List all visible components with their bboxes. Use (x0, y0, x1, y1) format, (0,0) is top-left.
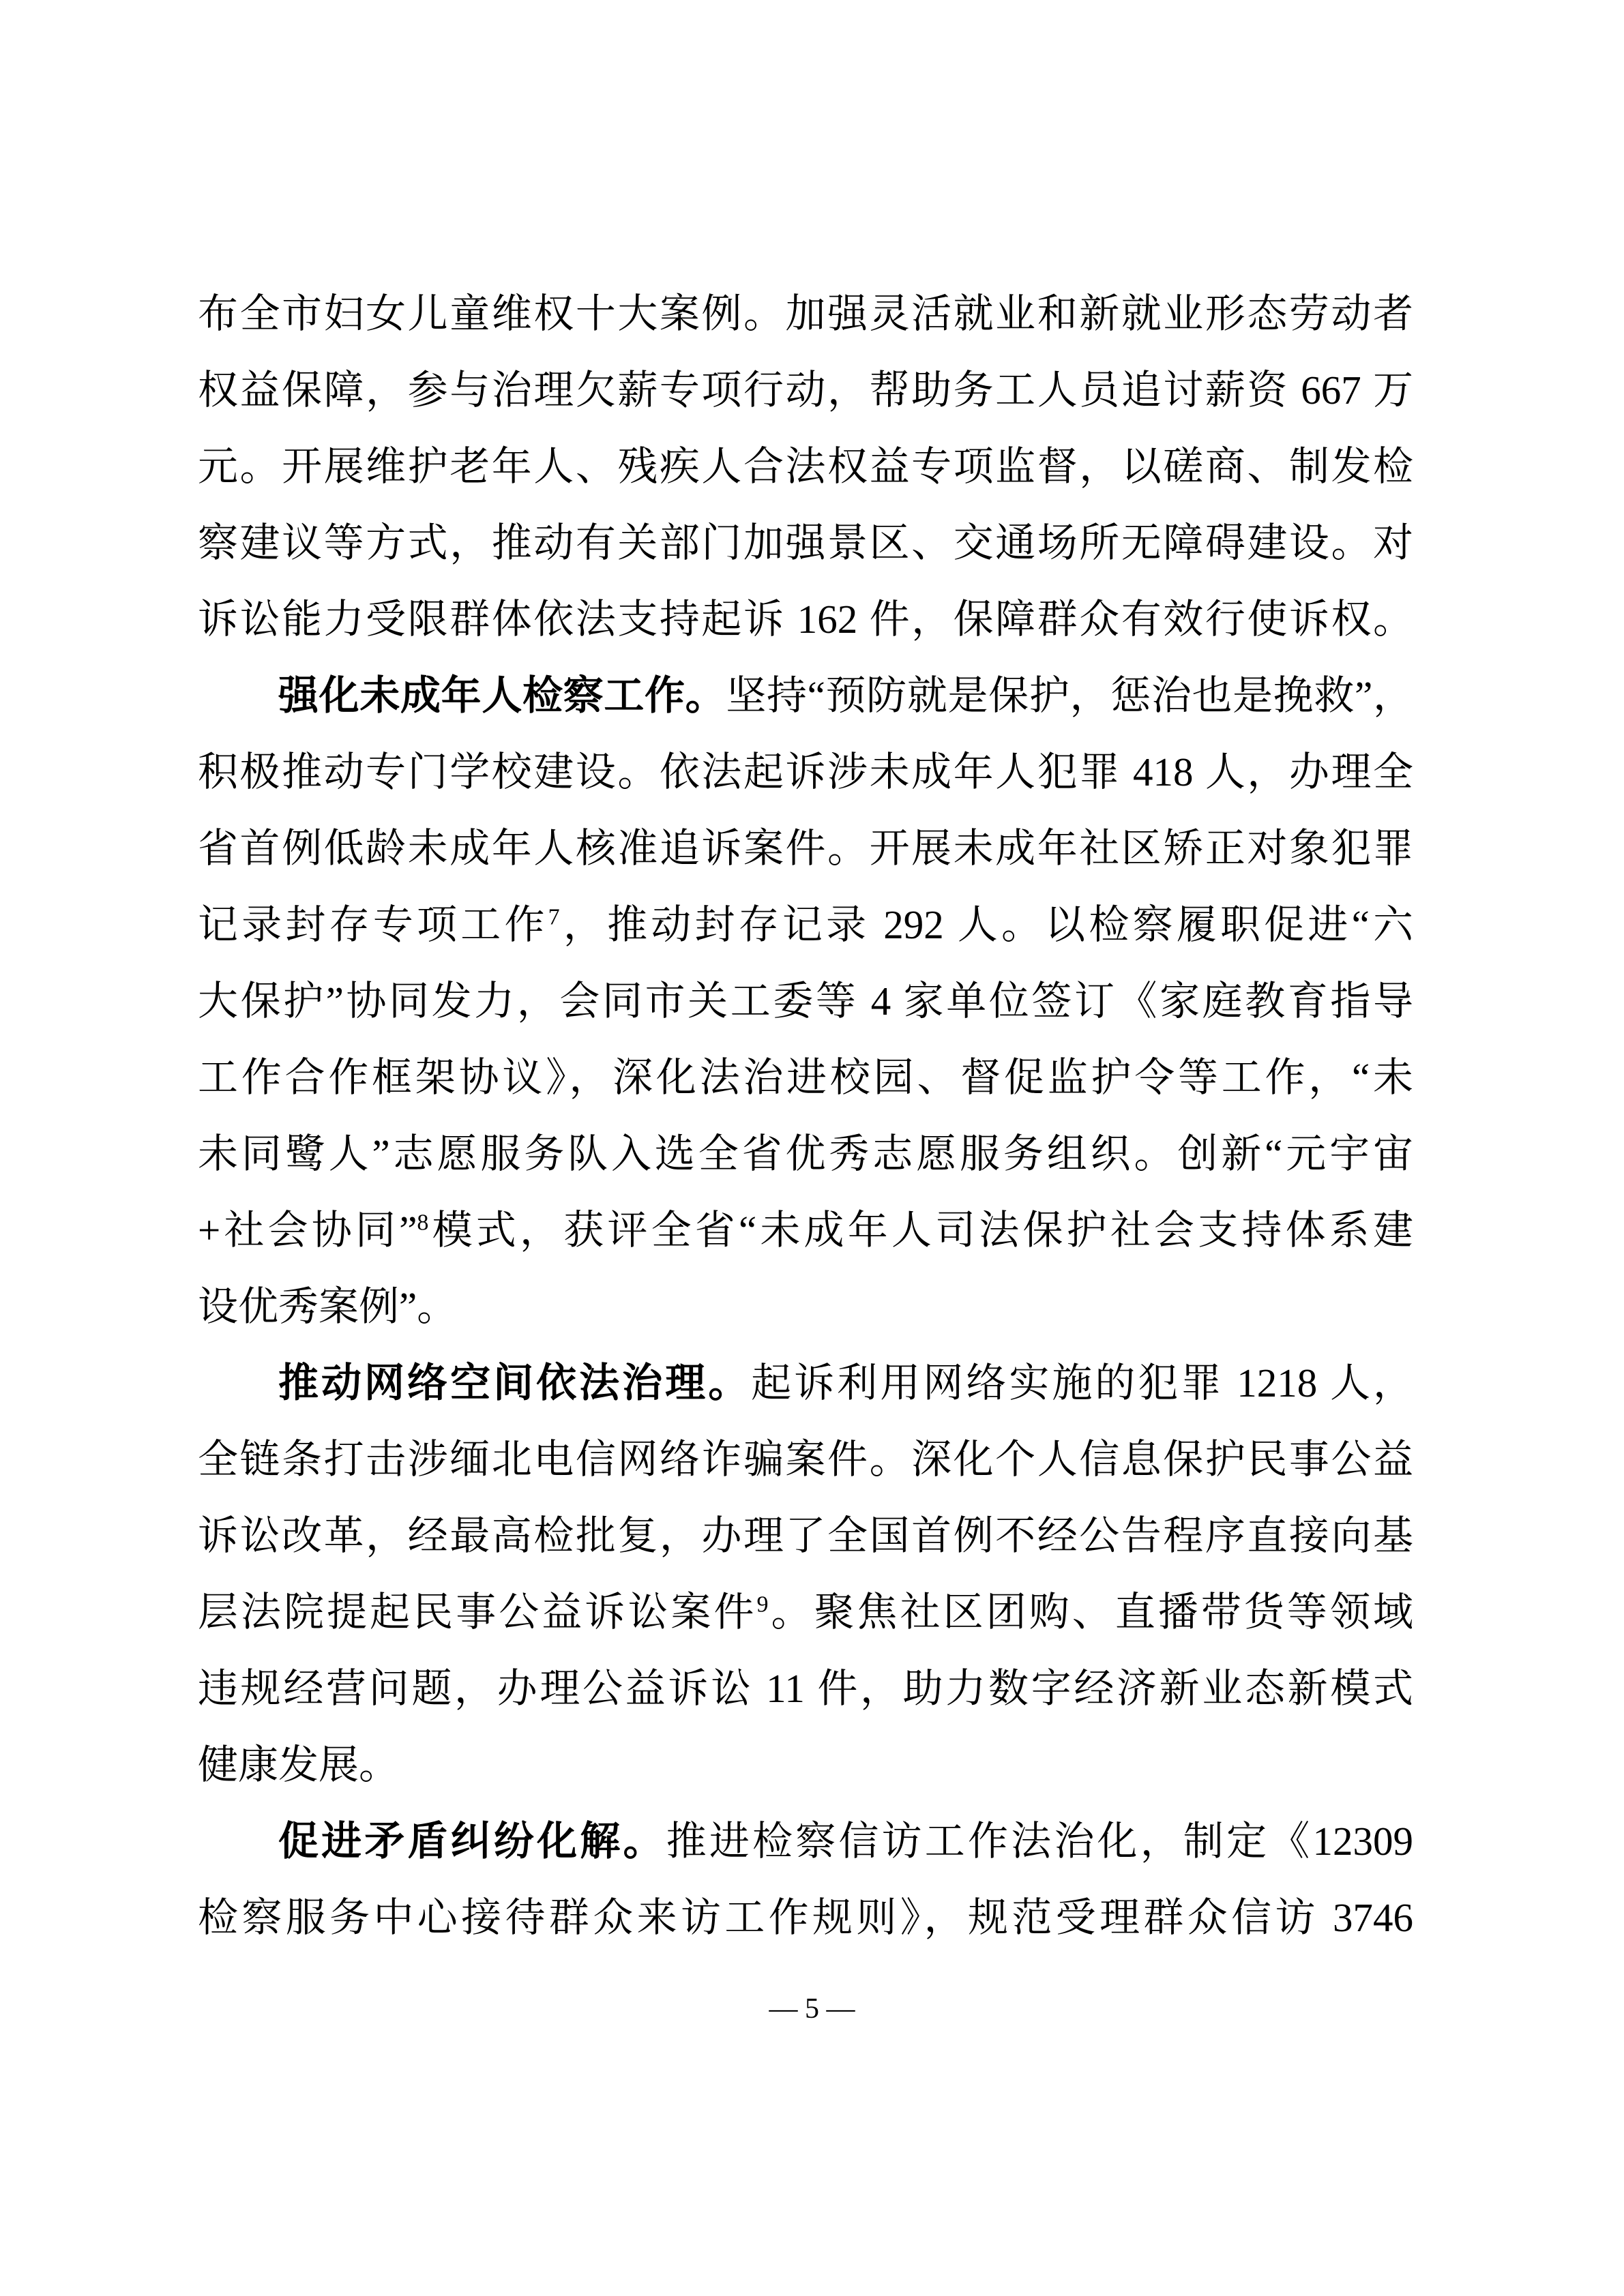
document-body: 布全市妇女儿童维权十大案例。加强灵活就业和新就业形态劳动者权益保障，参与治理欠薪… (198, 275, 1413, 1956)
text-line: 未同鹭人”志愿服务队入选全省优秀志愿服务组织。创新“元宇宙 (198, 1116, 1413, 1192)
text-run: 起诉利用网络实施的犯罪 1218 人， (751, 1360, 1413, 1405)
text-run: 设优秀案例”。 (198, 1284, 457, 1329)
text-line: 违规经营问题，办理公益诉讼 11 件，助力数字经济新业态新模式 (198, 1650, 1413, 1727)
text-run: 记录封存专项工作 (198, 902, 548, 947)
bold-heading-run: 强化未成年人检察工作。 (278, 673, 726, 718)
footnote-reference: 7 (548, 904, 560, 929)
text-run: 省首例低龄未成年人核准追诉案件。开展未成年社区矫正对象犯罪 (198, 826, 1413, 871)
text-run: 诉讼能力受限群体依法支持起诉 162 件，保障群众有效行使诉权。 (198, 597, 1413, 642)
text-run: 工作合作框架协议》，深化法治进校园、督促监护令等工作，“未 (198, 1055, 1413, 1100)
text-run: +社会协同” (198, 1208, 417, 1253)
paragraph-2: 强化未成年人检察工作。坚持“预防就是保护，惩治也是挽救”，积极推动专门学校建设。… (198, 657, 1413, 1345)
text-run: 未同鹭人”志愿服务队入选全省优秀志愿服务组织。创新“元宇宙 (198, 1131, 1413, 1176)
text-line: 工作合作框架协议》，深化法治进校园、督促监护令等工作，“未 (198, 1039, 1413, 1116)
text-run: 健康发展。 (198, 1742, 399, 1787)
document-page: 布全市妇女儿童维权十大案例。加强灵活就业和新就业形态劳动者权益保障，参与治理欠薪… (0, 0, 1624, 2296)
text-run: ，推动封存记录 292 人。以检察履职促进“六 (560, 902, 1413, 947)
text-run: 层法院提起民事公益诉讼案件 (198, 1590, 756, 1635)
text-line: 诉讼能力受限群体依法支持起诉 162 件，保障群众有效行使诉权。 (198, 581, 1413, 657)
text-run: 权益保障，参与治理欠薪专项行动，帮助务工人员追讨薪资 667 万 (198, 368, 1413, 413)
text-run: 积极推动专门学校建设。依法起诉涉未成年人犯罪 418 人，办理全 (198, 749, 1413, 794)
text-line: 推动网络空间依法治理。起诉利用网络实施的犯罪 1218 人， (198, 1345, 1413, 1421)
text-line: 察建议等方式，推动有关部门加强景区、交通场所无障碍建设。对 (198, 505, 1413, 581)
text-line: 省首例低龄未成年人核准追诉案件。开展未成年社区矫正对象犯罪 (198, 810, 1413, 886)
text-line: 检察服务中心接待群众来访工作规则》，规范受理群众信访 3746 (198, 1879, 1413, 1956)
paragraph-4: 促进矛盾纠纷化解。推进检察信访工作法治化，制定《12309检察服务中心接待群众来… (198, 1803, 1413, 1956)
text-run: 推进检察信访工作法治化，制定《12309 (666, 1819, 1413, 1864)
text-run: 全链条打击涉缅北电信网络诈骗案件。深化个人信息保护民事公益 (198, 1437, 1413, 1482)
text-line: 积极推动专门学校建设。依法起诉涉未成年人犯罪 418 人，办理全 (198, 734, 1413, 810)
bold-heading-run: 推动网络空间依法治理。 (278, 1360, 751, 1405)
text-line: 强化未成年人检察工作。坚持“预防就是保护，惩治也是挽救”， (198, 657, 1413, 734)
paragraph-1: 布全市妇女儿童维权十大案例。加强灵活就业和新就业形态劳动者权益保障，参与治理欠薪… (198, 275, 1413, 657)
text-run: 察建议等方式，推动有关部门加强景区、交通场所无障碍建设。对 (198, 520, 1413, 565)
page-number: — 5 — (0, 1994, 1624, 2024)
text-line: 记录封存专项工作7，推动封存记录 292 人。以检察履职促进“六 (198, 886, 1413, 963)
footnote-reference: 8 (417, 1210, 428, 1235)
footnote-reference: 9 (756, 1592, 768, 1617)
text-run: 诉讼改革，经最高检批复，办理了全国首例不经公告程序直接向基 (198, 1513, 1413, 1558)
text-line: 全链条打击涉缅北电信网络诈骗案件。深化个人信息保护民事公益 (198, 1421, 1413, 1497)
text-run: 坚持“预防就是保护，惩治也是挽救”， (726, 673, 1413, 718)
text-run: 检察服务中心接待群众来访工作规则》，规范受理群众信访 3746 (198, 1895, 1413, 1940)
text-run: 。聚焦社区团购、直播带货等领域 (768, 1590, 1413, 1635)
text-line: 诉讼改革，经最高检批复，办理了全国首例不经公告程序直接向基 (198, 1497, 1413, 1574)
text-run: 违规经营问题，办理公益诉讼 11 件，助力数字经济新业态新模式 (198, 1666, 1413, 1711)
text-run: 布全市妇女儿童维权十大案例。加强灵活就业和新就业形态劳动者 (198, 291, 1413, 336)
text-run: 模式，获评全省“未成年人司法保护社会支持体系建 (428, 1208, 1413, 1253)
text-line: 布全市妇女儿童维权十大案例。加强灵活就业和新就业形态劳动者 (198, 275, 1413, 352)
text-run: 大保护”协同发力，会同市关工委等 4 家单位签订《家庭教育指导 (198, 979, 1413, 1024)
text-line: 层法院提起民事公益诉讼案件9。聚焦社区团购、直播带货等领域 (198, 1574, 1413, 1650)
text-run: 元。开展维护老年人、残疾人合法权益专项监督，以磋商、制发检 (198, 444, 1413, 489)
paragraph-3: 推动网络空间依法治理。起诉利用网络实施的犯罪 1218 人，全链条打击涉缅北电信… (198, 1345, 1413, 1803)
text-line: 设优秀案例”。 (198, 1268, 1413, 1345)
text-line: +社会协同”8模式，获评全省“未成年人司法保护社会支持体系建 (198, 1192, 1413, 1268)
text-line: 元。开展维护老年人、残疾人合法权益专项监督，以磋商、制发检 (198, 428, 1413, 505)
text-line: 促进矛盾纠纷化解。推进检察信访工作法治化，制定《12309 (198, 1803, 1413, 1879)
bold-heading-run: 促进矛盾纠纷化解。 (278, 1819, 666, 1864)
text-line: 大保护”协同发力，会同市关工委等 4 家单位签订《家庭教育指导 (198, 963, 1413, 1039)
text-line: 权益保障，参与治理欠薪专项行动，帮助务工人员追讨薪资 667 万 (198, 352, 1413, 428)
text-line: 健康发展。 (198, 1727, 1413, 1803)
